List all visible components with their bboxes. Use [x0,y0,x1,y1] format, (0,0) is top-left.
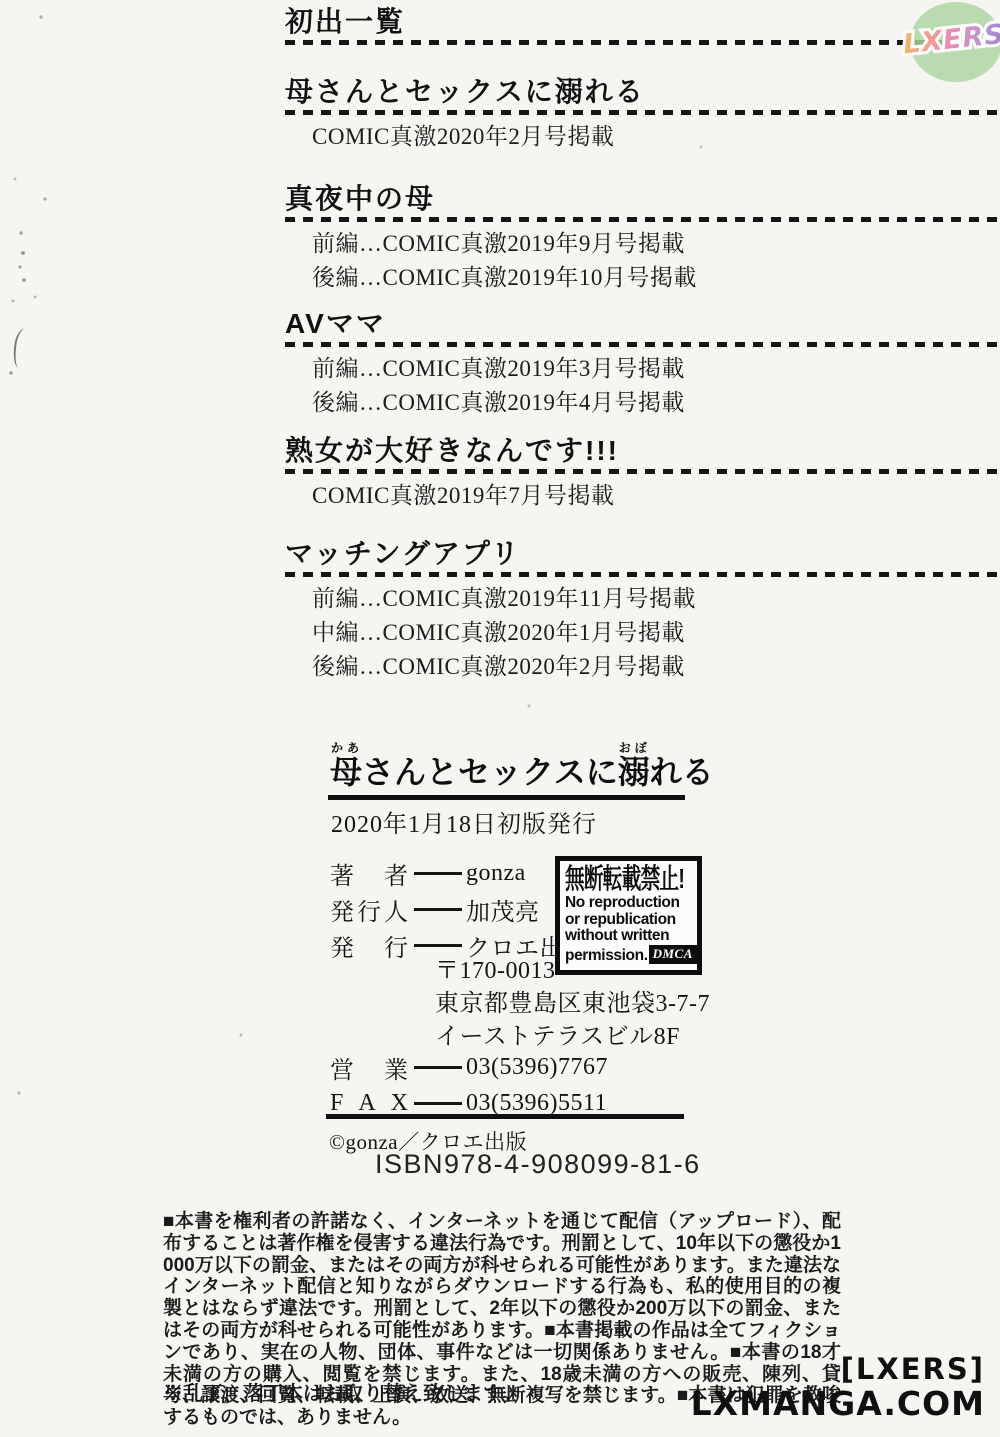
site-watermark: [LXERS] LXMANGA.COM [640,1354,985,1422]
scan-scratch-mark [12,327,31,368]
book-title-kanji: 溺 [618,754,650,790]
stamp-permission-text: permission. [565,948,648,965]
publication-entry: 中編…COMIC真激2020年1月号掲載 [312,616,1000,650]
book-title-text: さんとセックスに [362,754,618,790]
book-title: 母かあさんとセックスに溺おぼれる [330,741,714,791]
dashed-divider [285,217,1000,222]
colophon-bottom-rule [326,1114,684,1119]
credit-label: 著 者 [330,856,408,891]
publication-entry: 後編…COMIC真激2019年4月号掲載 [312,386,1000,420]
credit-dash [414,872,462,875]
credits-block: 著 者 gonza 発行人 加茂亮 発 行 クロエ出版 [330,855,589,963]
furigana: おぼ [618,741,650,755]
dashed-divider [285,342,1000,347]
work-section: マッチングアプリ 前編…COMIC真激2019年11月号掲載 中編…COMIC真… [285,538,1000,684]
dashed-divider [285,110,1000,115]
credit-label: 発行人 [330,892,408,927]
stamp-english-line: permission. DMCA [565,945,692,965]
stamp-english-line: No reproduction [565,895,692,912]
contact-dash [414,1102,462,1105]
work-section: 母さんとセックスに溺れる COMIC真激2020年2月号掲載 [285,76,1000,154]
work-title: 熟女が大好きなんです!!! [285,435,1000,467]
contact-value: 03(5396)7767 [466,1054,608,1081]
site-watermark-domain: LXMANGA.COM [640,1386,985,1422]
work-section: 真夜中の母 前編…COMIC真激2019年9月号掲載 後編…COMIC真激201… [285,183,1000,295]
contact-row: 営 業 03(5396)7767 [330,1049,608,1085]
work-section: 熟女が大好きなんです!!! COMIC真激2019年7月号掲載 [285,435,1000,513]
credit-row: 著 者 gonza [330,855,589,891]
credit-label: 発 行 [330,928,408,963]
dashed-divider [285,572,1000,577]
colophon-page: 初出一覧 母さんとセックスに溺れる COMIC真激2020年2月号掲載 真夜中の… [0,0,1000,1437]
credit-row: 発行人 加茂亮 [330,891,589,927]
publication-entry: 後編…COMIC真激2019年10月号掲載 [312,261,1000,295]
book-title-text: れる [650,754,714,790]
work-title: 真夜中の母 [285,183,1000,215]
credit-value: 加茂亮 [466,892,540,927]
stamp-english-line: or republication [565,912,692,929]
publication-entry: 前編…COMIC真激2019年11月号掲載 [312,582,1000,616]
work-title: AVママ [285,308,1000,340]
lxers-logo: LXERS LXERS [910,2,1000,82]
edition-date: 2020年1月18日初版発行 [331,804,597,839]
dashed-divider [285,469,1000,474]
furigana: かあ [330,741,362,755]
credit-dash [414,908,462,911]
publication-entry: 前編…COMIC真激2019年3月号掲載 [312,352,1000,386]
publication-entry: 前編…COMIC真激2019年9月号掲載 [312,227,1000,261]
work-title: 母さんとセックスに溺れる [285,76,1000,108]
scan-noise-dots [0,0,2,2]
stamp-japanese-text: 無断転載禁止! [565,863,654,895]
contacts-block: 営 業 03(5396)7767 F A X 03(5396)5511 [330,1049,608,1121]
credit-value: gonza [466,860,526,887]
contact-value: 03(5396)5511 [466,1090,607,1117]
credit-dash [414,944,462,947]
site-watermark-tag: [LXERS] [640,1354,985,1386]
contact-dash [414,1066,462,1069]
work-section: AVママ 前編…COMIC真激2019年3月号掲載 後編…COMIC真激2019… [285,308,1000,420]
publication-entry: 後編…COMIC真激2020年2月号掲載 [312,650,1000,684]
contact-label: F A X [330,1090,408,1117]
work-title: マッチングアプリ [285,538,1000,570]
title-underline-rule [328,795,685,800]
isbn-number: ISBN978-4-908099-81-6 [375,1149,701,1180]
publication-entry: COMIC真激2019年7月号掲載 [312,479,1000,513]
book-title-kanji: 母 [330,754,362,790]
contact-label: 営 業 [330,1050,408,1085]
address-line1: 東京都豊島区東池袋3-7-7 [435,988,710,1021]
defective-copy-note: ※乱丁、落丁本はお取り替え致します。 [163,1377,521,1406]
dmca-badge: DMCA [649,945,697,965]
publication-entry: COMIC真激2020年2月号掲載 [312,120,1000,154]
no-reproduction-stamp: 無断転載禁止! No reproduction or republication… [555,856,702,975]
dashed-divider [285,40,1000,45]
stamp-english-line: without written [565,928,692,945]
